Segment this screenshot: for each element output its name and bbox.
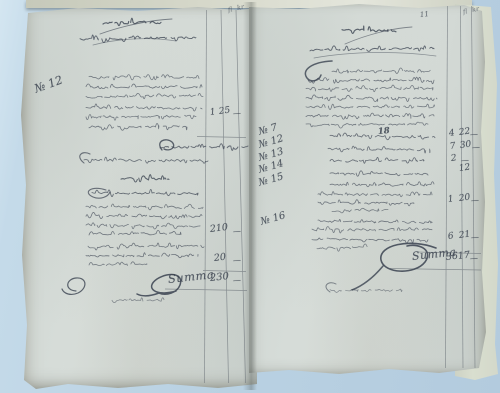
amount-dash: — — [233, 256, 242, 265]
amount-fl: 7 — [449, 142, 456, 152]
amount-fl: 6 — [447, 232, 454, 242]
amount-kr: 20 — [458, 193, 471, 204]
amount-dash: — — [472, 143, 481, 152]
amount-dash: — — [471, 233, 480, 242]
amount-kr: 21 — [458, 230, 471, 241]
amount-dash: — — [470, 254, 479, 263]
ledger-photo: fl kr № 12 1 25 — 210 — 20 — Summa 230 —… — [0, 0, 500, 393]
amount-fl: 1 — [209, 108, 216, 118]
summa-value: 230 — [209, 272, 229, 284]
right-page — [249, 2, 487, 376]
amount-dash: — — [233, 227, 242, 236]
subtotal-value: 210 — [209, 223, 228, 235]
amount-dash: — — [470, 130, 479, 139]
amount-dash: — — [471, 196, 480, 205]
amount-dash: — — [233, 276, 242, 285]
amount-fl: 1 — [447, 195, 454, 205]
left-page — [18, 5, 257, 389]
book-gutter-shadow — [243, 2, 257, 390]
inline-ref-number: 18 — [378, 127, 391, 136]
amount-kr: 12 — [458, 163, 471, 174]
amount-dash: — — [233, 109, 242, 118]
amount-kr: 30 — [459, 140, 472, 151]
subtotal-value: 20 — [213, 253, 226, 264]
amount-fl: 4 — [448, 129, 455, 139]
folio-number: 11 — [420, 11, 430, 19]
summa-kr: 17 — [457, 251, 470, 262]
amount-kr: 25 — [218, 106, 231, 117]
amount-fl: 2 — [450, 154, 457, 164]
